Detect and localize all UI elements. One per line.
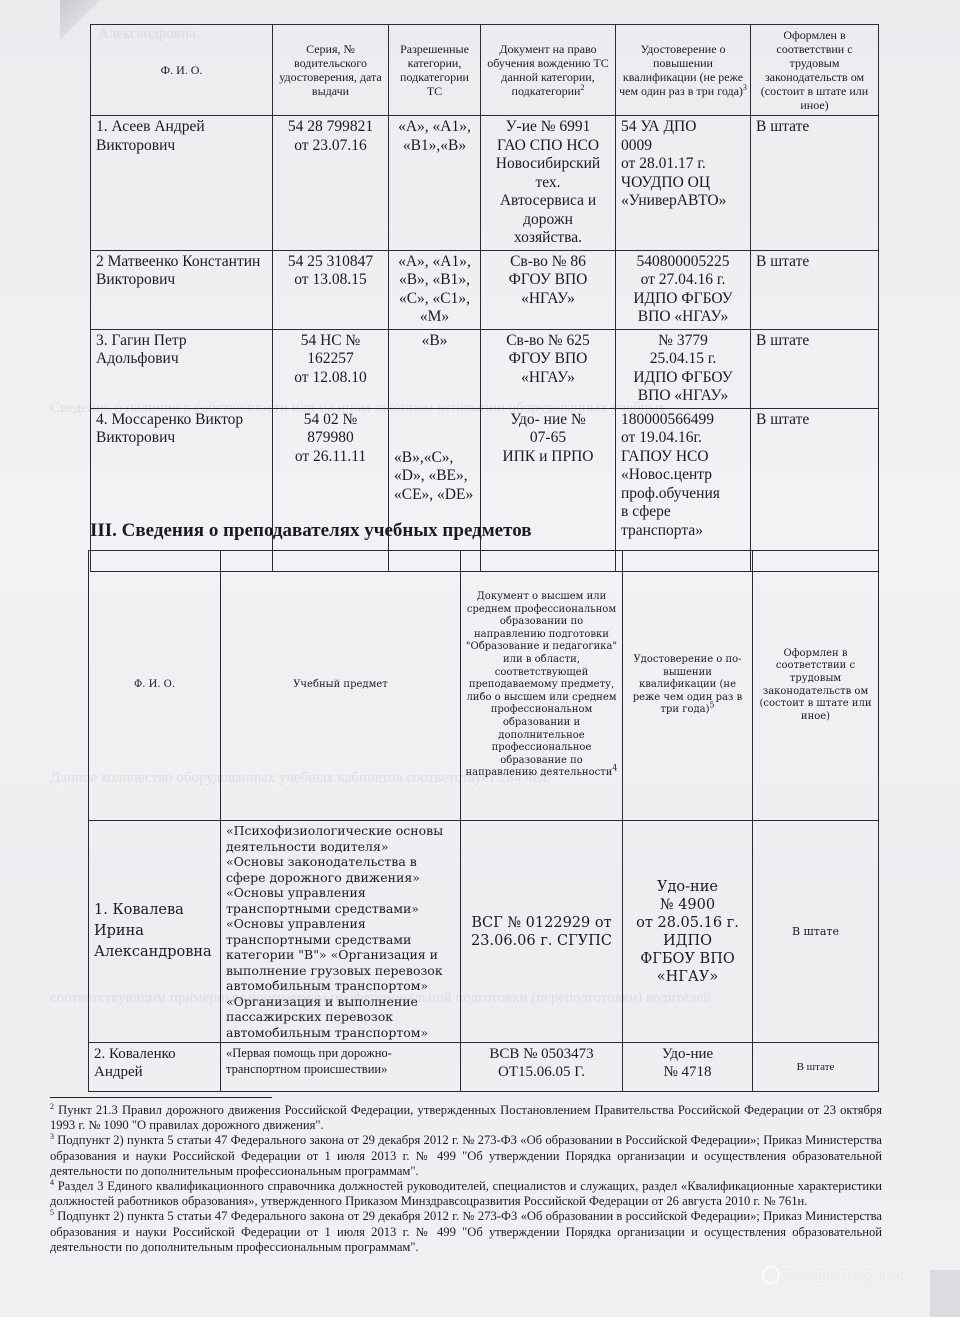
employment-status: В штате [753, 821, 879, 1043]
table-header-row: Ф. И. О. Серия, № водительского удостове… [91, 25, 879, 116]
teacher-name: 2. Коваленко Андрей [89, 1043, 221, 1092]
table-header-row: Ф. И. О. Учебный предмет Документ о высш… [89, 551, 879, 821]
employment-status: В штате [751, 250, 879, 329]
table-row: 2 Матвеенко Константин Викторович 54 25 … [91, 250, 879, 329]
footnote: 3 Подпункт 2) пункта 5 статьи 47 Федерал… [50, 1133, 882, 1179]
document-page: Александровна Сведения о наличии в собст… [0, 0, 960, 1317]
teacher-subjects: «Психофизиологические основы деятельност… [221, 821, 461, 1043]
qualification-certificate: 54 УА ДПО 0009 от 28.01.17 г. ЧОУДПО ОЦ … [616, 116, 751, 251]
training-document: Св-во № 86 ФГОУ ВПО «НГАУ» [481, 250, 616, 329]
watermark: ПЕРЕКРЕСТОК [780, 1268, 908, 1286]
instructor-name: 2 Матвеенко Константин Викторович [91, 250, 273, 329]
watermark-logo-icon [762, 1266, 780, 1284]
header-qualification: Удостоверение о повышении квалификации (… [616, 25, 751, 116]
qualification-certificate: 540800005225 от 27.04.16 г. ИДПО ФГБОУ В… [616, 250, 751, 329]
employment-status: В штате [751, 329, 879, 408]
employment-status: В штате [753, 1043, 879, 1092]
table-row: 3. Гагин Петр Адольфович 54 НС № 162257 … [91, 329, 879, 408]
license-number: 54 НС № 162257 от 12.08.10 [273, 329, 389, 408]
education-document: ВСГ № 0122929 от 23.06.06 г. СГУПС [461, 821, 623, 1043]
employment-status: В штате [751, 116, 879, 251]
training-document: Св-во № 625 ФГОУ ВПО «НГАУ» [481, 329, 616, 408]
qualification-certificate: № 3779 25.04.15 г. ИДПО ФГБОУ ВПО «НГАУ» [616, 329, 751, 408]
employment-status: В штате [751, 408, 879, 571]
section-heading: III. Сведения о преподавателях учебных п… [90, 520, 531, 542]
footnote: 5 Подпункт 2) пункта 5 статьи 47 Федерал… [50, 1209, 882, 1255]
instructor-name: 3. Гагин Петр Адольфович [91, 329, 273, 408]
license-number: 54 28 799821 от 23.07.16 [273, 116, 389, 251]
license-number: 54 25 310847 от 13.08.15 [273, 250, 389, 329]
qualification-certificate: Удо-ние № 4718 [623, 1043, 753, 1092]
license-number: 54 02 № 879980 от 26.11.11 [273, 408, 389, 571]
header-fio: Ф. И. О. [89, 551, 221, 821]
qualification-certificate: 180000566499 от 19.04.16г. ГАПОУ НСО «Но… [616, 408, 751, 571]
header-categories: Разрешенные категории, подкатегории ТС [389, 25, 481, 116]
footnote-separator [50, 1097, 272, 1098]
header-qualification: Удостоверение о по-вышении квалификации … [623, 551, 753, 821]
license-categories: «В» [389, 329, 481, 408]
license-categories: «В»,«С», «D», «ВЕ», «СЕ», «DE» [389, 408, 481, 571]
instructor-name: 4. Моссаренко Виктор Викторович [91, 408, 273, 571]
footnote: 2 Пункт 21.3 Правил дорожного движения Р… [50, 1103, 882, 1133]
teacher-name: 1. Ковалева Ирина Александровна [89, 821, 221, 1043]
scan-edge [930, 1270, 960, 1317]
instructors-table: Ф. И. О. Серия, № водительского удостове… [90, 24, 879, 572]
instructor-name: 1. Асеев Андрей Викторович [91, 116, 273, 251]
table-row: 1. Асеев Андрей Викторович 54 28 799821 … [91, 116, 879, 251]
header-training-doc: Документ на право обучения вождению ТС д… [481, 25, 616, 116]
qualification-certificate: Удо-ние № 4900 от 28.05.16 г. ИДПО ФГБОУ… [623, 821, 753, 1043]
license-categories: «А», «А1», «В», «В1», «С», «С1», «М» [389, 250, 481, 329]
table-row: 4. Моссаренко Виктор Викторович 54 02 № … [91, 408, 879, 571]
teachers-table: Ф. И. О. Учебный предмет Документ о высш… [88, 550, 879, 1092]
header-employment: Оформлен в соответствии с трудовым закон… [753, 551, 879, 821]
license-categories: «А», «А1», «В1»,«В» [389, 116, 481, 251]
table-row: 1. Ковалева Ирина Александровна «Психофи… [89, 821, 879, 1043]
header-license: Серия, № водительского удостоверения, да… [273, 25, 389, 116]
training-document: Удо- ние № 07-65 ИПК и ПРПО [481, 408, 616, 571]
education-document: ВСВ № 0503473 ОТ15.06.05 Г. [461, 1043, 623, 1092]
header-education-doc: Документ о высшем или среднем профессион… [461, 551, 623, 821]
table-row: 2. Коваленко Андрей «Первая помощь при д… [89, 1043, 879, 1092]
header-employment: Оформлен в соответствии с трудовым закон… [751, 25, 879, 116]
header-subject: Учебный предмет [221, 551, 461, 821]
teacher-subjects: «Первая помощь при дорожно-транспортном … [221, 1043, 461, 1092]
footnote: 4 Раздел 3 Единого квалификационного спр… [50, 1179, 882, 1209]
header-fio: Ф. И. О. [91, 25, 273, 116]
training-document: У-ие № 6991 ГАО СПО НСО Новосибирский те… [481, 116, 616, 251]
footnotes: 2 Пункт 21.3 Правил дорожного движения Р… [50, 1103, 882, 1255]
